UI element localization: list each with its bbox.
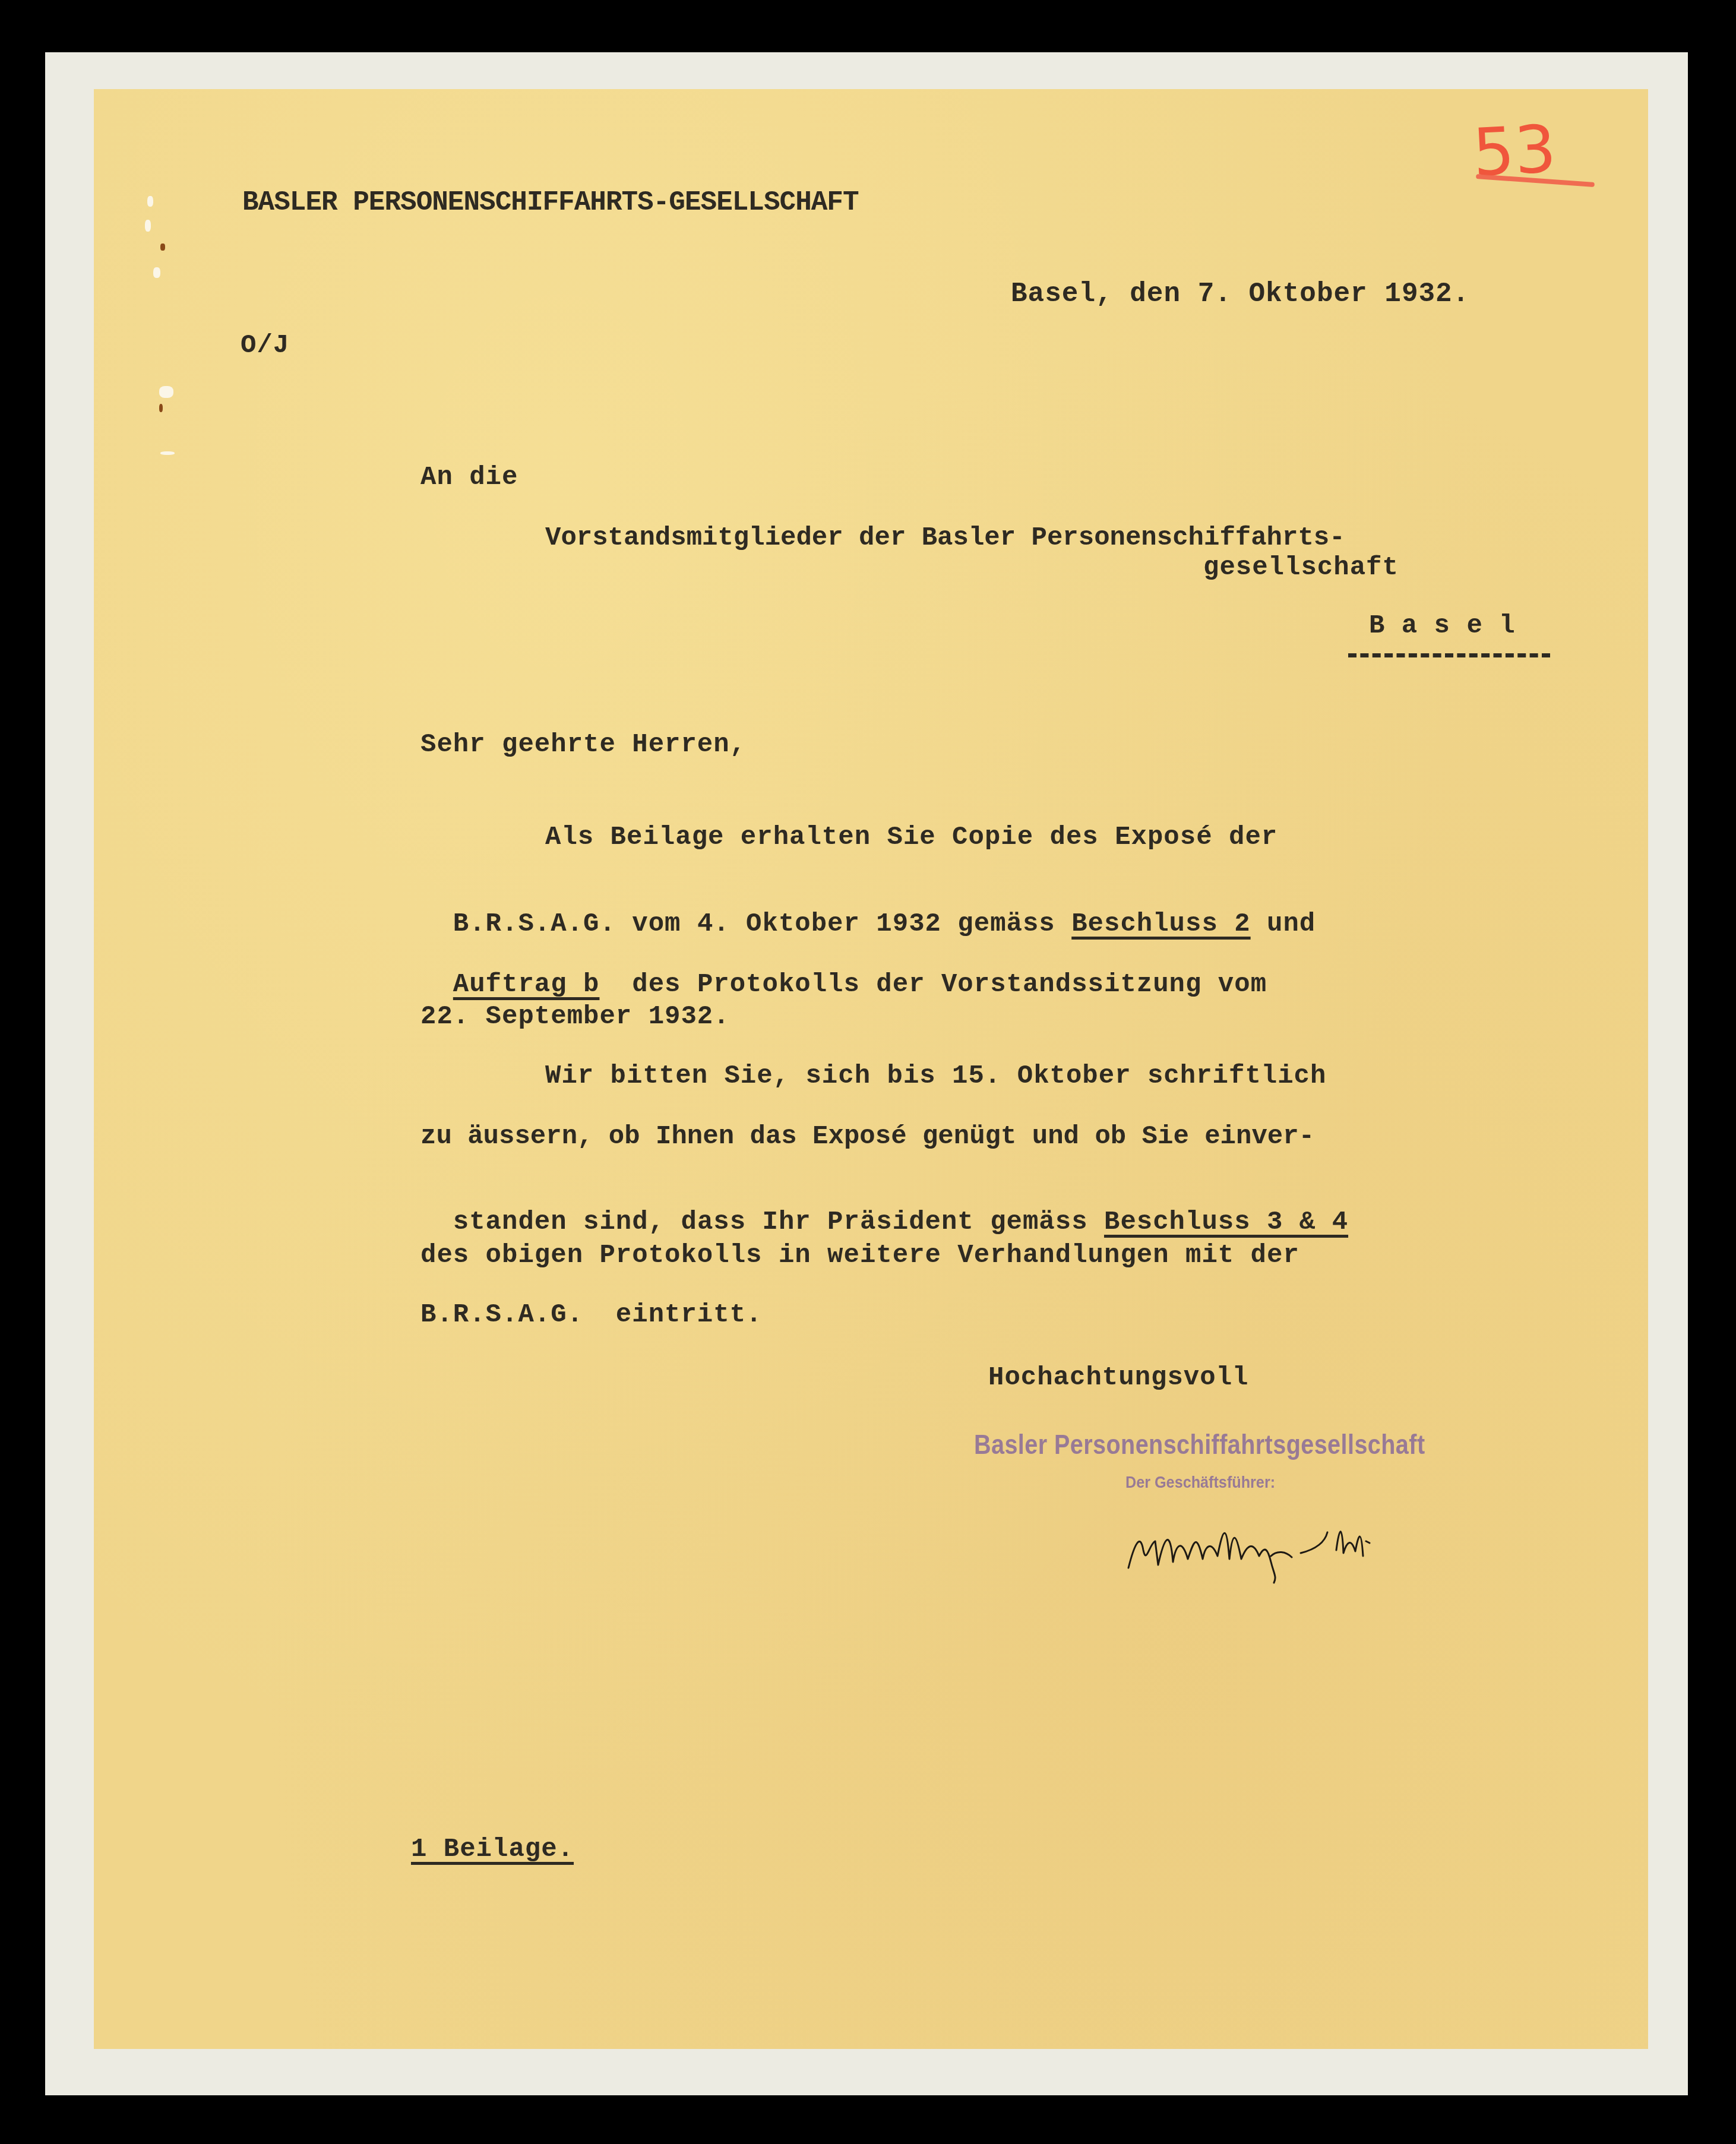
paper-damage-spot: [147, 196, 153, 207]
recipient-city: B a s e l: [1369, 613, 1516, 639]
paragraph1-line2-text: B.R.S.A.G. vom 4. Oktober 1932 gemäss: [453, 909, 1071, 939]
enclosure-note: 1 Beilage.: [411, 1836, 574, 1862]
paragraph2-line1: Wir bitten Sie, sich bis 15. Oktober sch…: [545, 1063, 1326, 1089]
paper-damage-spot: [159, 404, 163, 412]
reference-initials: O/J: [241, 333, 289, 359]
paragraph1-line3: Auftrag b des Protokolls der Vorstandssi…: [420, 945, 1267, 998]
paper-damage-spot: [153, 267, 160, 278]
paragraph2-line5: B.R.S.A.G. eintritt.: [420, 1302, 763, 1328]
paper-damage-spot: [145, 220, 151, 232]
paragraph2-line3-text: standen sind, dass Ihr Präsident gemäss: [453, 1207, 1104, 1237]
reference-beschluss-2: Beschluss 2: [1071, 909, 1250, 939]
company-stamp: Basler Personenschiffahrtsgesellschaft: [974, 1428, 1425, 1460]
letterhead: BASLER PERSONENSCHIFFAHRTS-GESELLSCHAFT: [242, 189, 859, 216]
paper-damage-spot: [160, 244, 165, 251]
paragraph1-line3-text: des Protokolls der Vorstandssitzung vom: [599, 970, 1267, 1000]
recipient-city-underline: [1348, 653, 1550, 657]
recipient-line-1: An die: [420, 464, 518, 491]
paragraph1-line1: Als Beilage erhalten Sie Copie des Expos…: [545, 824, 1278, 850]
salutation: Sehr geehrte Herren,: [420, 732, 746, 758]
paragraph1-line2-end: und: [1251, 909, 1316, 939]
recipient-line-2: Vorstandsmitglieder der Basler Personens…: [545, 525, 1345, 551]
paragraph2-line4: des obigen Protokolls in weitere Verhand…: [420, 1242, 1299, 1269]
closing: Hochachtungsvoll: [988, 1365, 1248, 1391]
paragraph2-line2: zu äussern, ob Ihnen das Exposé genügt u…: [420, 1124, 1314, 1150]
paragraph1-line2: B.R.S.A.G. vom 4. Oktober 1932 gemäss Be…: [420, 885, 1316, 937]
recipient-line-3: gesellschaft: [1203, 555, 1399, 581]
paper-damage-spot: [159, 386, 173, 398]
stamp-title: Der Geschäftsführer:: [1125, 1473, 1275, 1492]
date-line: Basel, den 7. Oktober 1932.: [1011, 280, 1469, 308]
paper-damage-spot: [160, 451, 175, 455]
reference-beschluss-3-4: Beschluss 3 & 4: [1104, 1207, 1348, 1237]
paragraph2-line3: standen sind, dass Ihr Präsident gemäss …: [420, 1183, 1348, 1235]
signature-icon: [1122, 1509, 1419, 1586]
paragraph1-line4: 22. September 1932.: [420, 1004, 730, 1030]
reference-auftrag-b: Auftrag b: [453, 970, 600, 1000]
